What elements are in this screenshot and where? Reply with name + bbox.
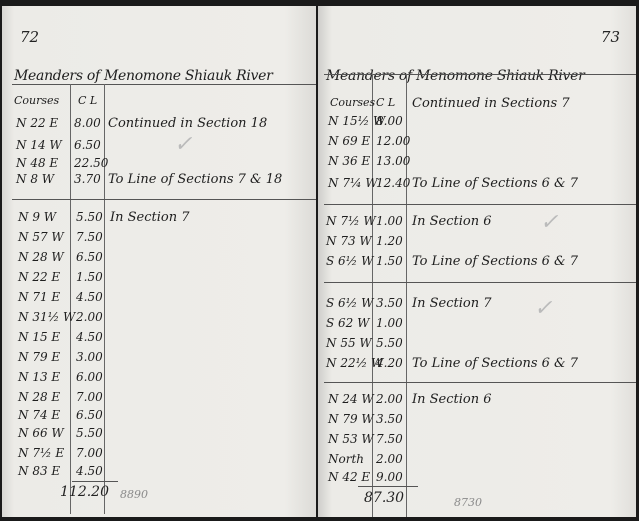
course-cell: S 62 W (326, 316, 369, 330)
chains-cell: 7.00 (76, 446, 103, 460)
chains-cell: 5.50 (76, 426, 103, 440)
chains-cell: 5.50 (376, 336, 403, 350)
course-cell: N 28 W (18, 250, 64, 264)
chains-cell: 4.20 (376, 356, 403, 370)
course-cell: N 8 W (16, 172, 54, 186)
chains-cell: 2.00 (76, 310, 103, 324)
course-cell: N 7½ W (326, 214, 376, 228)
chains-cell: 9.00 (376, 470, 403, 484)
section-rule (12, 199, 316, 200)
chains-cell: 3.70 (74, 172, 101, 186)
course-cell: N 28 E (18, 390, 60, 404)
chains-cell: 13.00 (376, 154, 410, 168)
page-number: 73 (601, 28, 620, 46)
pencil-note: 8730 (454, 496, 482, 509)
course-cell: N 22 E (16, 116, 58, 130)
course-cell: N 13 E (18, 370, 60, 384)
section-rule (324, 382, 636, 383)
course-cell: S 6½ W (326, 296, 373, 310)
course-cell: N 83 E (18, 464, 60, 478)
chains-cell: 12.40 (376, 176, 410, 190)
course-cell: N 7½ E (18, 446, 64, 460)
chains-cell: 1.00 (376, 214, 403, 228)
course-cell: N 69 E (328, 134, 370, 148)
course-cell: N 36 E (328, 154, 370, 168)
sum-rule (72, 481, 118, 482)
course-header: Courses (14, 94, 59, 107)
sum-rule (358, 486, 418, 487)
chains-cell: 22.50 (74, 156, 108, 170)
chains-cell: 2.00 (376, 452, 403, 466)
chains-cell: 7.50 (76, 230, 103, 244)
section-rule (324, 204, 636, 205)
page-title: Meanders of Menomone Shiauk River (14, 68, 273, 84)
course-cell: N 66 W (18, 426, 64, 440)
chains-header: C L (376, 96, 395, 109)
checkmark-icon: ✓ (540, 210, 558, 235)
chains-cell: 8.00 (74, 116, 101, 130)
course-header: Courses (330, 96, 375, 109)
course-cell: N 42 E (328, 470, 370, 484)
remark-cell: To Line of Sections 6 & 7 (412, 176, 578, 191)
course-cell: N 15 E (18, 330, 60, 344)
checkmark-icon: ✓ (534, 296, 552, 321)
pencil-note: 8890 (120, 488, 148, 501)
course-cell: N 48 E (16, 156, 58, 170)
chains-cell: 5.50 (76, 210, 103, 224)
course-cell: N 22 E (18, 270, 60, 284)
remark-cell: To Line of Sections 7 & 18 (108, 172, 282, 187)
chains-cell: 3.00 (76, 350, 103, 364)
course-cell: N 79 E (18, 350, 60, 364)
chains-cell: 1.20 (376, 234, 403, 248)
course-cell: North (328, 452, 364, 466)
course-cell: N 14 W (16, 138, 62, 152)
chains-cell: 3.50 (376, 412, 403, 426)
remark-cell: Continued in Section 18 (108, 116, 267, 131)
chains-cell: 1.00 (376, 316, 403, 330)
chains-header: C L (78, 94, 97, 107)
title-rule (12, 84, 316, 85)
course-cell: N 71 E (18, 290, 60, 304)
remarks-header: Continued in Sections 7 (412, 96, 570, 111)
total-value: 112.20 (60, 484, 109, 500)
remark-cell: To Line of Sections 6 & 7 (412, 356, 578, 371)
chains-cell: 4.50 (76, 290, 103, 304)
chains-cell: 12.00 (376, 134, 410, 148)
course-cell: N 7¼ W (328, 176, 378, 190)
chains-cell: 1.50 (376, 254, 403, 268)
course-cell: N 53 W (328, 432, 374, 446)
page-title: Meanders of Menomone Shiauk River (326, 68, 585, 84)
section-rule (324, 282, 636, 283)
chains-cell: 6.50 (76, 408, 103, 422)
remark-cell: In Section 7 (110, 210, 190, 225)
remark-cell: In Section 7 (412, 296, 492, 311)
course-cell: N 55 W (326, 336, 372, 350)
chains-cell: 6.50 (74, 138, 101, 152)
remark-cell: In Section 6 (412, 392, 492, 407)
course-cell: N 73 W (326, 234, 372, 248)
chains-cell: 4.50 (76, 330, 103, 344)
chains-cell: 6.00 (76, 370, 103, 384)
column-divider (104, 84, 105, 514)
title-rule (324, 74, 636, 75)
chains-cell: 7.50 (376, 432, 403, 446)
chains-cell: 2.00 (376, 392, 403, 406)
remark-cell: To Line of Sections 6 & 7 (412, 254, 578, 269)
course-cell: N 24 W (328, 392, 374, 406)
course-cell: N 57 W (18, 230, 64, 244)
course-cell: N 31½ W (18, 310, 75, 324)
chains-cell: 7.00 (76, 390, 103, 404)
course-cell: S 6½ W (326, 254, 373, 268)
chains-cell: 4.50 (76, 464, 103, 478)
page-number: 72 (20, 28, 39, 46)
left-page: 72 Meanders of Menomone Shiauk River Cou… (2, 6, 316, 517)
right-page: 73 Meanders of Menomone Shiauk River Cou… (318, 6, 636, 517)
remark-cell: In Section 6 (412, 214, 492, 229)
column-divider (70, 84, 71, 514)
chains-cell: 8.00 (376, 114, 403, 128)
course-cell: N 79 W (328, 412, 374, 426)
course-cell: N 9 W (18, 210, 56, 224)
chains-cell: 3.50 (376, 296, 403, 310)
checkmark-icon: ✓ (174, 132, 192, 157)
course-cell: N 22½ W (326, 356, 383, 370)
course-cell: N 74 E (18, 408, 60, 422)
chains-cell: 6.50 (76, 250, 103, 264)
total-value: 87.30 (364, 490, 404, 506)
chains-cell: 1.50 (76, 270, 103, 284)
